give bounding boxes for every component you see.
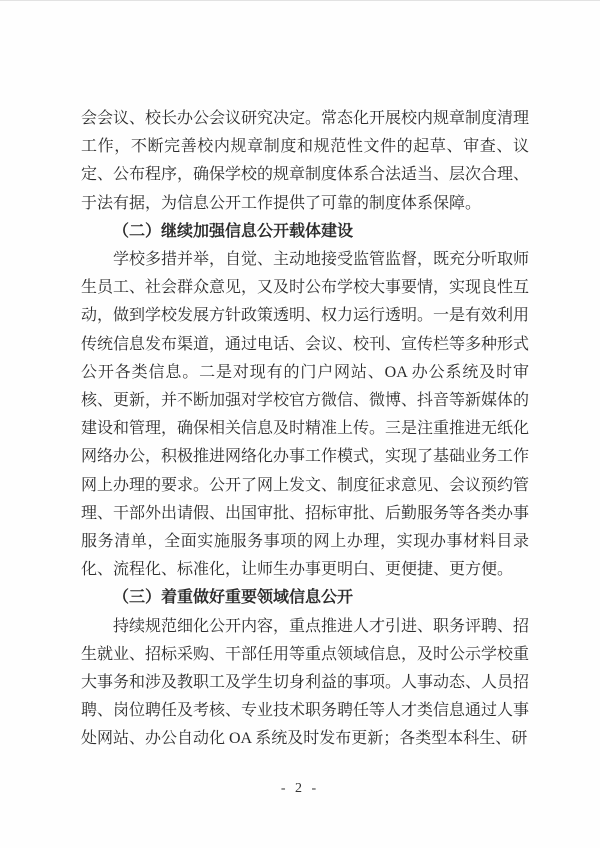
page-footer: - 2 - [0,779,600,797]
page-number: - 2 - [281,781,319,796]
section-heading-3: （三）着重做好重要领域信息公开 [81,584,529,612]
text-block: 会会议、校长办公会议研究决定。常态化开展校内规章制度清理工作，不断完善校内规章制… [81,105,529,754]
paragraph-carriers: 学校多措并举，自觉、主动地接受监管监督，既充分听取师生员工、社会群众意见，又及时… [81,246,529,584]
section-heading-2: （二）继续加强信息公开载体建设 [81,218,529,246]
document-page: 会会议、校长办公会议研究决定。常态化开展校内规章制度清理工作，不断完善校内规章制… [0,0,600,848]
scan-edge-artifact [0,0,600,1]
paragraph-key-fields: 持续规范细化公开内容，重点推进人才引进、职务评聘、招生就业、招标采购、干部任用等… [81,613,529,754]
continued-paragraph: 会会议、校长办公会议研究决定。常态化开展校内规章制度清理工作，不断完善校内规章制… [81,105,529,218]
